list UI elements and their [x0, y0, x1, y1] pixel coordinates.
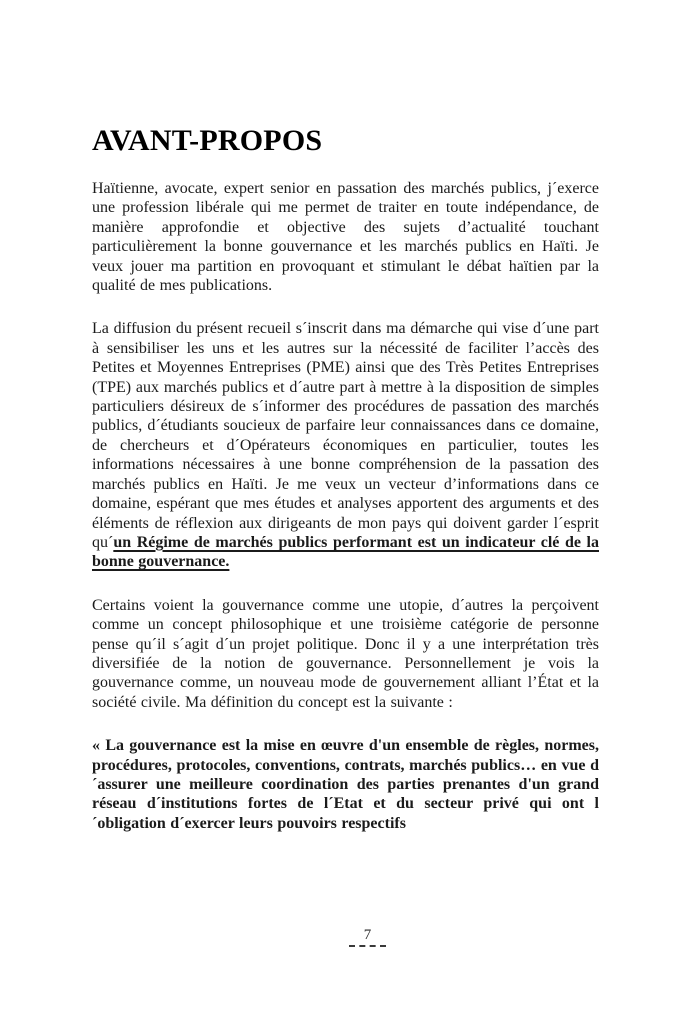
paragraph-diffusion-text: La diffusion du présent recueil s´inscri…	[92, 320, 599, 550]
paragraph-definition-quote: « La gouvernance est la mise en œuvre d'…	[92, 736, 599, 833]
paragraph-definition-quote-text: « La gouvernance est la mise en œuvre d'…	[92, 737, 599, 832]
document-page: AVANT-PROPOS Haïtienne, avocate, expert …	[0, 0, 700, 1028]
paragraph-intro: Haïtienne, avocate, expert senior en pas…	[92, 179, 599, 295]
paragraph-gouvernance-vues-text: Certains voient la gouvernance comme une…	[92, 597, 599, 711]
paragraph-diffusion: La diffusion du présent recueil s´inscri…	[92, 319, 599, 571]
paragraph-gouvernance-vues: Certains voient la gouvernance comme une…	[92, 596, 599, 712]
page-title: AVANT-PROPOS	[92, 124, 599, 157]
paragraph-diffusion-emphasis-text: un Régime de marchés publics performant …	[92, 534, 599, 570]
page-footer: 7	[92, 926, 599, 947]
paragraph-intro-text: Haïtienne, avocate, expert senior en pas…	[92, 180, 599, 294]
page-number: 7	[349, 927, 387, 947]
